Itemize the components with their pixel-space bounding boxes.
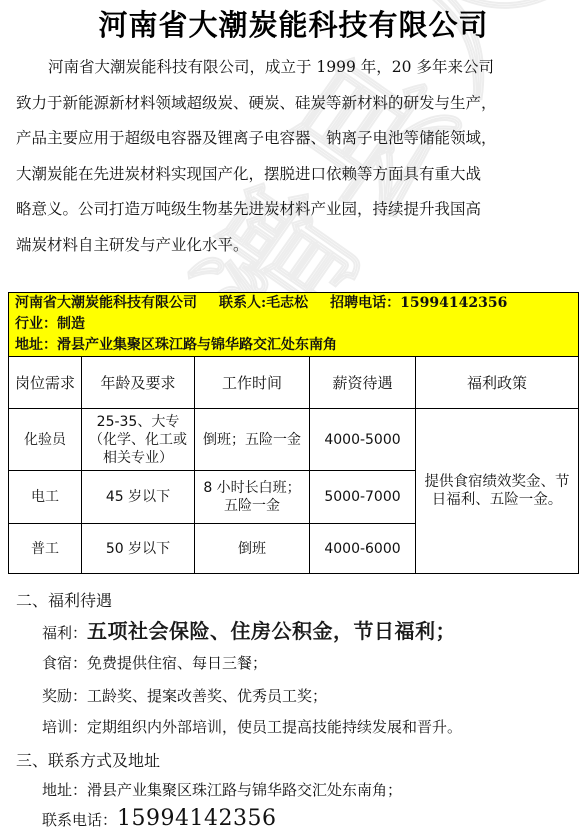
contact-phone-label: 联系电话： [42, 811, 117, 829]
intro-line: 略意义。公司打造万吨级生物基先进炭材料产业园，持续提升我国高 [16, 192, 578, 228]
welfare-label: 食宿： [42, 654, 87, 672]
cell-requirement: 45 岁以下 [82, 471, 195, 524]
company-info-line: 河南省大潮炭能科技有限公司联系人:毛志松招聘电话：15994142356 [9, 293, 579, 315]
job-table: 河南省大潮炭能科技有限公司联系人:毛志松招聘电话：15994142356 行业：… [8, 292, 579, 574]
address-value: 滑县产业集聚区珠江路与锦华路交汇处东南角 [57, 337, 337, 353]
address-label: 地址： [15, 337, 57, 353]
welfare-item-benefits: 福利：五项社会保险、住房公积金，节日福利； [42, 615, 456, 644]
industry-label: 行业： [15, 316, 57, 332]
address-line: 地址：滑县产业集聚区珠江路与锦华路交汇处东南角 [9, 335, 579, 357]
company-intro: 河南省大潮炭能科技有限公司，成立于 1999 年，20 多年来公司 致力于新能源… [16, 50, 578, 263]
phone-label: 招聘电话： [330, 295, 400, 311]
intro-line: 端炭材料自主研发与产业化水平。 [16, 228, 578, 264]
cell-salary: 5000-7000 [310, 471, 416, 524]
company-name: 河南省大潮炭能科技有限公司 [15, 295, 197, 311]
contact-address-value: 滑县产业集聚区珠江路与锦华路交汇处东南角； [87, 781, 402, 799]
welfare-label: 奖励： [42, 687, 87, 705]
welfare-value: 工龄奖、提案改善奖、优秀员工奖； [87, 687, 327, 705]
intro-line: 致力于新能源新材料领域超级炭、硬炭、硅炭等新材料的研发与生产， [16, 86, 578, 122]
header-position: 岗位需求 [9, 357, 82, 409]
cell-position: 普工 [9, 524, 82, 574]
header-requirement: 年龄及要求 [82, 357, 195, 409]
cell-benefits: 提供食宿绩效奖金、节日福利、五险一金。 [416, 409, 579, 574]
contact-heading: 三、联系方式及地址 [16, 748, 160, 771]
intro-line: 大潮炭能在先进炭材料实现国产化，摆脱进口依赖等方面具有重大战 [16, 157, 578, 193]
contact-address-label: 地址： [42, 781, 87, 799]
welfare-label: 福利： [42, 624, 87, 642]
welfare-item-lodging: 食宿：免费提供住宿、每日三餐； [42, 652, 267, 673]
cell-requirement: 50 岁以下 [82, 524, 195, 574]
recruit-phone: 15994142356 [400, 295, 507, 311]
contact-address: 地址：滑县产业集聚区珠江路与锦华路交汇处东南角； [42, 779, 402, 800]
header-benefits: 福利政策 [416, 357, 579, 409]
cell-salary: 4000-6000 [310, 524, 416, 574]
intro-line: 河南省大潮炭能科技有限公司，成立于 1999 年，20 多年来公司 [16, 50, 578, 86]
welfare-item-rewards: 奖励：工龄奖、提案改善奖、优秀员工奖； [42, 685, 327, 706]
company-info-row: 河南省大潮炭能科技有限公司联系人:毛志松招聘电话：15994142356 [9, 293, 579, 315]
welfare-label: 培训： [42, 718, 87, 736]
cell-hours: 倒班 [195, 524, 310, 574]
industry-line: 行业：制造 [9, 314, 579, 335]
welfare-heading: 二、福利待遇 [16, 588, 112, 611]
contact-phone: 联系电话：15994142356 [42, 806, 276, 831]
welfare-value: 定期组织内外部培训，使员工提高技能持续发展和晋升。 [87, 718, 462, 736]
address-row: 地址：滑县产业集聚区珠江路与锦华路交汇处东南角 [9, 335, 579, 357]
contact-phone-value: 15994142356 [117, 806, 276, 831]
header-hours: 工作时间 [195, 357, 310, 409]
cell-requirement: 25-35、大专（化学、化工或相关专业） [82, 409, 195, 471]
industry-row: 行业：制造 [9, 314, 579, 335]
welfare-item-training: 培训：定期组织内外部培训，使员工提高技能持续发展和晋升。 [42, 716, 462, 737]
cell-hours: 倒班；五险一金 [195, 409, 310, 471]
cell-position: 化验员 [9, 409, 82, 471]
table-row: 化验员 25-35、大专（化学、化工或相关专业） 倒班；五险一金 4000-50… [9, 409, 579, 471]
welfare-value: 免费提供住宿、每日三餐； [87, 654, 267, 672]
document-title: 河南省大潮炭能科技有限公司 [0, 5, 587, 45]
cell-position: 电工 [9, 471, 82, 524]
welfare-value: 五项社会保险、住房公积金，节日福利； [87, 619, 456, 643]
contact-name: 毛志松 [266, 295, 308, 311]
cell-salary: 4000-5000 [310, 409, 416, 471]
cell-hours: 8 小时长白班；五险一金 [195, 471, 310, 524]
header-salary: 薪资待遇 [310, 357, 416, 409]
table-header-row: 岗位需求 年龄及要求 工作时间 薪资待遇 福利政策 [9, 357, 579, 409]
contact-label: 联系人: [219, 295, 266, 311]
industry-value: 制造 [57, 316, 85, 332]
intro-line: 产品主要应用于超级电容器及锂离子电容器、钠离子电池等储能领域， [16, 121, 578, 157]
